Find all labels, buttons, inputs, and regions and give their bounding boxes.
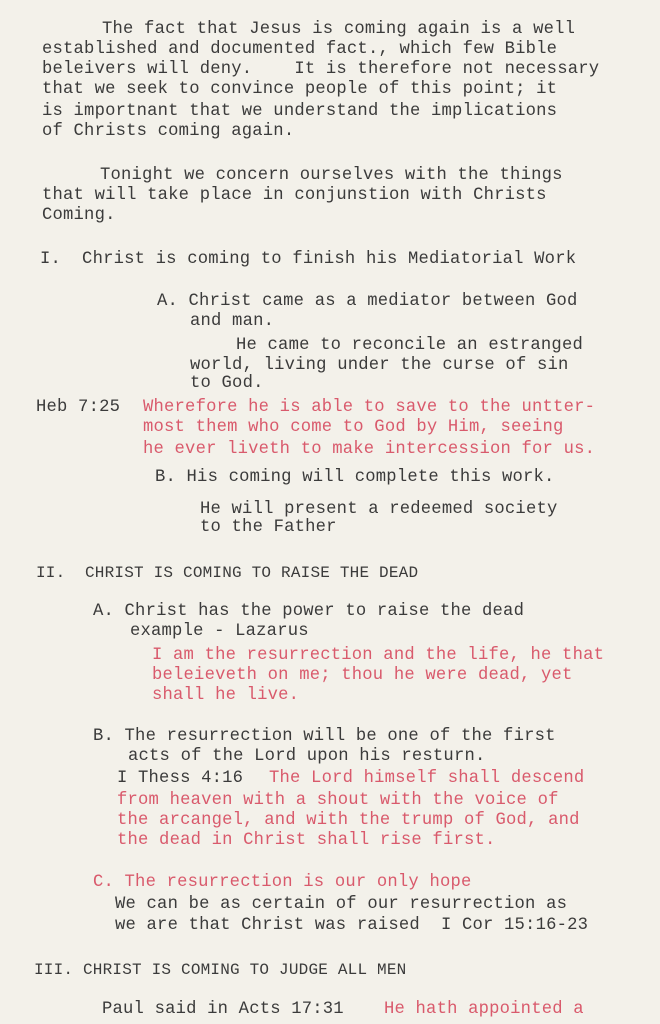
intro-line: of Christs coming again. <box>42 122 294 142</box>
point-1b-body: to the Father <box>200 518 337 538</box>
scripture-verse: he ever liveth to make intercession for … <box>143 440 595 460</box>
point-2c: C. The resurrection is our only hope <box>93 873 472 893</box>
intro2-line: Tonight we concern ourselves with the th… <box>100 166 563 186</box>
section-3-heading: III. CHRIST IS COMING TO JUDGE ALL MEN <box>34 960 406 980</box>
point-2c-body: we are that Christ was raised I Cor 15:1… <box>115 916 588 936</box>
scripture-verse: He hath appointed a <box>384 1000 584 1020</box>
section-2-heading: II. CHRIST IS COMING TO RAISE THE DEAD <box>36 563 418 583</box>
point-1a: A. Christ came as a mediator between God <box>157 292 578 312</box>
intro-line: is importnant that we understand the imp… <box>42 102 557 122</box>
scripture-verse: most them who come to God by Him, seeing <box>143 418 564 438</box>
point-1a-body: to God. <box>190 374 264 394</box>
scripture-reference: I Thess 4:16 <box>117 769 243 789</box>
scripture-verse: beleieveth on me; thou he were dead, yet <box>152 666 573 686</box>
point-1a-body: He came to reconcile an estranged <box>236 336 583 356</box>
point-1a-body: world, living under the curse of sin <box>190 356 569 376</box>
scripture-verse: the dead in Christ shall rise first. <box>117 831 496 851</box>
point-1b-body: He will present a redeemed society <box>200 500 557 520</box>
point-2c-body: We can be as certain of our resurrection… <box>115 895 567 915</box>
section-1-heading: I. Christ is coming to finish his Mediat… <box>40 250 576 270</box>
point-1a: and man. <box>190 312 274 332</box>
point-2b: B. The resurrection will be one of the f… <box>93 727 556 747</box>
intro-line: established and documented fact., which … <box>42 40 557 60</box>
section-3-lead: Paul said in Acts 17:31 <box>102 1000 344 1020</box>
scripture-reference: Heb 7:25 <box>36 398 120 418</box>
scripture-verse: The Lord himself shall descend <box>269 769 584 789</box>
scripture-verse: from heaven with a shout with the voice … <box>117 791 559 811</box>
scripture-verse: I am the resurrection and the life, he t… <box>152 646 604 666</box>
intro-line: that we seek to convince people of this … <box>42 80 557 100</box>
intro2-line: that will take place in conjunstion with… <box>42 186 547 206</box>
scripture-verse: the arcangel, and with the trump of God,… <box>117 811 580 831</box>
intro-line: The fact that Jesus is coming again is a… <box>102 20 575 40</box>
intro2-line: Coming. <box>42 206 116 226</box>
point-1b: B. His coming will complete this work. <box>155 468 555 488</box>
scripture-verse: shall he live. <box>152 686 299 706</box>
intro-line: beleivers will deny. It is therefore not… <box>42 60 599 80</box>
scripture-verse: Wherefore he is able to save to the untt… <box>143 398 595 418</box>
point-2a: A. Christ has the power to raise the dea… <box>93 602 524 622</box>
point-2a: example - Lazarus <box>130 622 309 642</box>
point-2b: acts of the Lord upon his resturn. <box>128 747 485 767</box>
